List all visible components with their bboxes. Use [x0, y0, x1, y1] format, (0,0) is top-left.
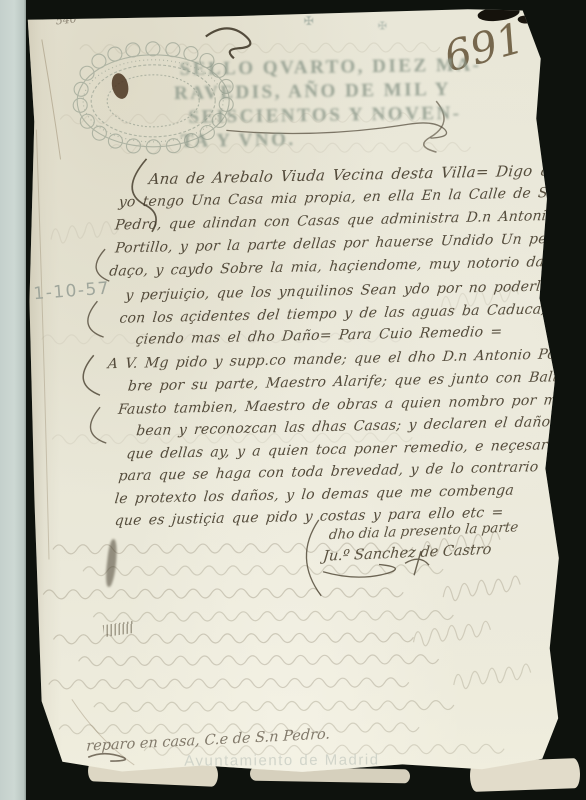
manuscript-paper: 540 ✠ ✠ 691 SELLO QVARTO, DIEZ MA- RAVED… — [20, 6, 563, 787]
body-line: para que se haga con toda brevedad, y de… — [118, 459, 539, 484]
body-line: bean y reconozcan las dhas Casas; y decl… — [135, 414, 551, 439]
ink-blot — [517, 15, 533, 24]
scanned-manuscript-page: 540 ✠ ✠ 691 SELLO QVARTO, DIEZ MA- RAVED… — [0, 0, 586, 800]
body-line: con los açidentes del tiempo y de las ag… — [119, 301, 586, 327]
body-line: y perjuiçio, que los ynquilinos Sean ydo… — [125, 277, 586, 303]
archival-reference: 1-10-57 — [33, 278, 111, 304]
body-line: Ana de Arebalo Viuda Vecina desta Villa=… — [148, 161, 570, 188]
body-line: bre por su parte, Maestro Alarife; que e… — [127, 369, 586, 395]
pen-hatch-mark — [103, 621, 134, 637]
body-line: le protexto los daños, y lo demas que me… — [114, 482, 515, 507]
body-line: Pedro, que alindan con Casas que adminis… — [114, 208, 556, 234]
stamp-line: SEISCIENTOS Y NOVEN- — [188, 102, 480, 130]
stamp-line: TA Y VNO. — [181, 126, 481, 154]
bottom-annotation: reparo en casa, C.e de S.n Pedro. — [86, 726, 331, 754]
book-gutter-strip — [0, 0, 26, 800]
body-line: yo tengo Una Casa mia propia, en ella En… — [118, 185, 566, 211]
ink-smear — [104, 539, 118, 588]
body-line: Portillo, y por la parte dellas por haue… — [114, 231, 552, 257]
cross-ornament-icon: ✠ — [378, 19, 387, 32]
signature-name: Ju.º Sanchez de Castro — [322, 542, 492, 565]
cross-ornament-icon: ✠ — [304, 14, 314, 28]
tax-stamp-text: SELLO QVARTO, DIEZ MA- RAVEDIS, AÑO DE M… — [180, 54, 481, 154]
body-line: daço, y caydo Sobre la mia, haçiendome, … — [108, 254, 562, 280]
body-line: que dellas ay, y a quien toca poner reme… — [126, 437, 562, 463]
body-line: çiendo mas el dho Daño= Para Cuio Remedi… — [135, 324, 503, 348]
body-line: A V. Mg pido y supp.co mande; que el dho… — [107, 345, 586, 373]
corner-note: 540 — [55, 12, 77, 27]
